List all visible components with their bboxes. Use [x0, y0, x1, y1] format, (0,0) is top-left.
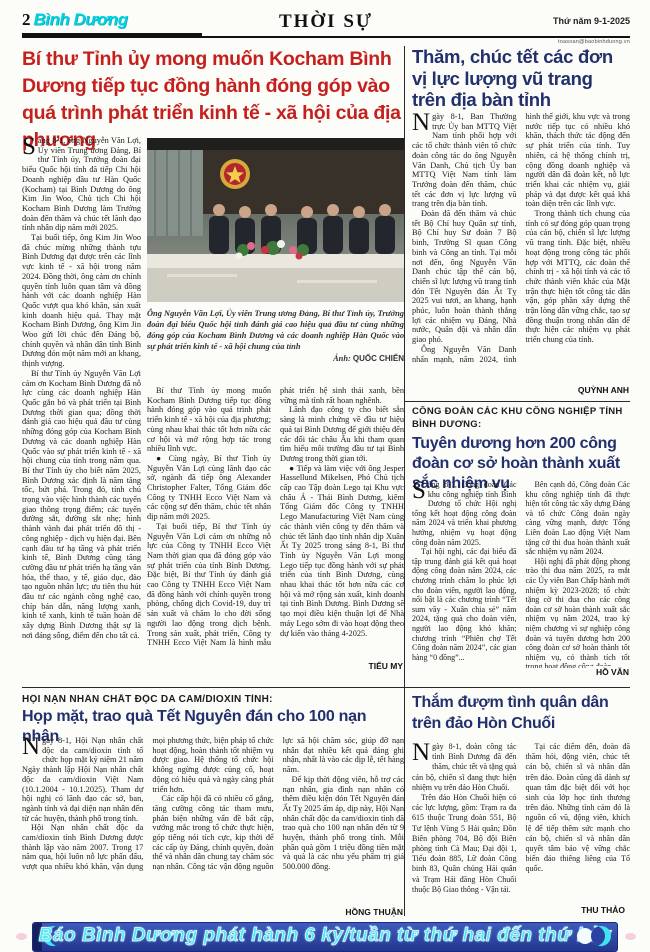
crescent-right-icon	[591, 926, 611, 946]
issue-date: Thứ năm 9-1-2025	[553, 16, 630, 26]
island-body: Ngày 8-1, đoàn công tác tỉnh Bình Dương …	[412, 742, 630, 912]
paragraph: Trên đảo Hòn Chuối hiện có các lực lượng…	[412, 793, 517, 895]
byline-victims: HỒNG THUẬN	[335, 906, 404, 918]
article-island: Thắm đượm tình quân dân trên đảo Hòn Chu…	[412, 692, 630, 918]
article-armed-forces: Thăm, chúc tết các đơn vị lực lượng vũ t…	[412, 46, 630, 400]
meeting-photo-illustration	[147, 138, 404, 302]
paragraph: Tại các điểm đến, đoàn đã thăm hỏi, động…	[526, 742, 631, 875]
newspaper-page: 2 Bình Dương THỜI SỰ Thứ năm 9-1-2025 to…	[0, 0, 650, 952]
paragraph: Để kịp thời động viên, hỗ trợ các nạn nh…	[283, 775, 404, 872]
byline-armed-forces: QUỲNH ANH	[568, 384, 630, 396]
paragraph: ● Cùng ngày, Bí thư Tỉnh ủy Nguyễn Văn L…	[147, 454, 271, 522]
byline-island: THU THẢO	[571, 904, 626, 916]
paragraph: Ngày 8-1, Hội Nạn nhân chất độc da cam/d…	[22, 736, 143, 823]
footer-dot-left-icon	[16, 933, 27, 940]
paragraph: ● Tiếp và làm việc với ông Jesper Hassel…	[280, 464, 404, 639]
section-rule-right	[405, 401, 630, 402]
union-body: Sáng 8-1, Công đoàn Các khu công nghiệp …	[412, 480, 630, 668]
photo-caption-text: Ông Nguyễn Văn Lợi, Ủy viên Trung ương Đ…	[147, 309, 404, 351]
footer-banner: Báo Bình Dương phát hành 6 kỳ/tuần từ th…	[32, 922, 618, 952]
paragraph: Tại buổi tiếp, ông Kim Jin Woo đã chúc m…	[22, 233, 141, 369]
photo-credit: Ảnh: QUỐC CHIẾN	[147, 353, 404, 364]
paragraph: Sáng 8-1, Công đoàn Các khu công nghiệp …	[412, 480, 517, 547]
footer-banner-text: Báo Bình Dương phát hành 6 kỳ/tuần từ th…	[33, 925, 617, 947]
article-victims: HỘI NẠN NHÂN CHẤT ĐỘC DA CAM/DIOXIN TỈNH…	[22, 694, 404, 920]
footer-dot-right-icon	[625, 933, 636, 940]
byline-union: HỒ VĂN	[586, 666, 630, 678]
header-rule	[22, 36, 630, 38]
paragraph: Tại hội nghị, các đại biểu đã tập trung …	[412, 547, 517, 662]
victims-kicker: HỘI NẠN NHÂN CHẤT ĐỘC DA CAM/DIOXIN TỈNH…	[22, 694, 404, 707]
section-title: THỜI SỰ	[22, 11, 630, 33]
page-header: 2 Bình Dương THỜI SỰ Thứ năm 9-1-2025	[22, 10, 630, 34]
main-article-column-1: Sáng 8-1, ông Nguyễn Văn Lợi, Ủy viên Tr…	[22, 136, 141, 688]
main-article-body: Sáng 8-1, ông Nguyễn Văn Lợi, Ủy viên Tr…	[22, 136, 404, 688]
photo-caption: Ông Nguyễn Văn Lợi, Ủy viên Trung ương Đ…	[147, 308, 404, 364]
paragraph: Đoàn đã đến thăm và chúc tết Bộ Chỉ huy …	[412, 209, 517, 345]
paragraph: Bên cạnh đó, Công đoàn Các khu công nghi…	[526, 480, 631, 557]
union-kicker: CÔNG ĐOÀN CÁC KHU CÔNG NGHIỆP TỈNH BÌNH …	[412, 406, 630, 431]
byline-main: TIỂU MY	[359, 660, 404, 672]
paragraph: Ngày 8-1, Ban Thường trực Ủy ban MTTQ Vi…	[412, 112, 517, 209]
armed-forces-body: Ngày 8-1, Ban Thường trực Ủy ban MTTQ Vi…	[412, 112, 630, 384]
article-main: Bí thư Tỉnh ủy mong muốn Kocham Bình Dươ…	[22, 46, 404, 688]
paragraph: Hội nghị đã phát động phong trào thi đua…	[526, 557, 631, 668]
section-rule-full	[22, 687, 630, 688]
paragraph: Sáng 8-1, ông Nguyễn Văn Lợi, Ủy viên Tr…	[22, 136, 141, 233]
island-headline: Thắm đượm tình quân dân trên đảo Hòn Chu…	[412, 692, 630, 734]
column-divider	[404, 46, 405, 916]
photo-credit-name: QUỐC CHIẾN	[353, 354, 404, 363]
meeting-photo	[147, 138, 404, 302]
editorial-email: toasoan@baobinhduong.vn	[558, 39, 630, 45]
paragraph: Trong thành tích chung của tỉnh có sự đó…	[526, 209, 631, 345]
article-union: CÔNG ĐOÀN CÁC KHU CÔNG NGHIỆP TỈNH BÌNH …	[412, 406, 630, 680]
paragraph: Bí thư Tỉnh ủy mong muốn Kocham Bình Dươ…	[147, 386, 271, 454]
photo-credit-label: Ảnh:	[333, 354, 351, 363]
paragraph: Lãnh đạo công ty cho biết sẵn sàng là mi…	[280, 405, 404, 463]
armed-forces-headline: Thăm, chúc tết các đơn vị lực lượng vũ t…	[412, 46, 630, 111]
victims-body: Ngày 8-1, Hội Nạn nhân chất độc da cam/d…	[22, 736, 404, 914]
main-article-columns-2-3: Bí thư Tỉnh ủy mong muốn Kocham Bình Dươ…	[147, 386, 404, 688]
paragraph: Ngày 8-1, đoàn công tác tỉnh Bình Dương …	[412, 742, 517, 793]
paragraph: Bí thư Tỉnh ủy Nguyễn Văn Lợi cảm ơn Koc…	[22, 369, 141, 641]
